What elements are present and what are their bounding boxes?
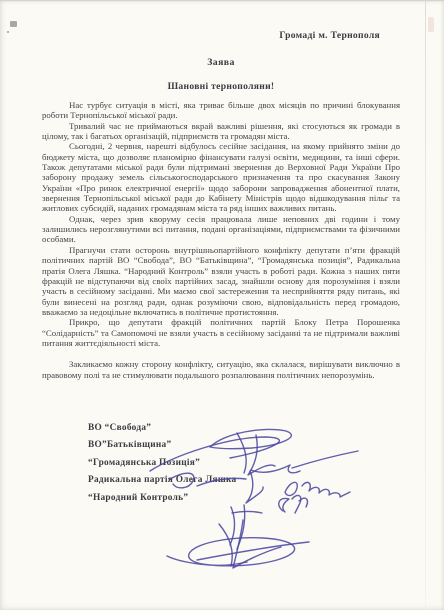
signature-ink-5 [232,512,262,514]
signature-block: ВО “Свобода” ВО”Батьківщина” “Громадянсь… [42,420,400,507]
signatory-svoboda: ВО “Свобода” [88,420,400,437]
signatory-hromadianska-pozytsiia: “Громадянська Позиція” [88,455,400,472]
scanned-letter-page: Громаді м. Тернополя Заява Шановні терно… [0,0,444,610]
paragraph-5: Прагнучи стати осторонь внутрішньопартій… [42,245,400,317]
paragraph-7: Закликаємо кожну сторону конфлікту, ситу… [42,359,400,380]
document-title: Заява [42,57,400,68]
scan-artifact-paper-edge [425,0,426,610]
signature-ink-7 [167,520,309,568]
paragraph-2: Тривалий час не приймаються вкрай важлив… [42,121,400,142]
signature-ink-6 [230,505,245,549]
scan-artifact-speck [7,31,9,33]
scan-artifact-smudge [10,21,17,27]
scan-artifact-pink-smudge [428,17,434,32]
paragraph-3: Сьогодні, 2 червня, нарешті відбулось се… [42,141,400,213]
paragraph-1: Нас турбує ситуація в місті, яка триває … [42,100,400,121]
letter-content: Громаді м. Тернополя Заява Шановні терно… [42,30,400,507]
letter-body: Нас турбує ситуація в місті, яка триває … [42,100,400,380]
signatory-batkivshchyna: ВО”Батьківщина” [88,437,400,454]
salutation-line: Шановні тернополяни! [42,81,400,92]
signatory-narodnyi-kontrol: “Народний Контроль” [88,490,400,507]
addressee-line: Громаді м. Тернополя [42,30,400,41]
paragraph-6: Прикро, що депутати фракцій політичних п… [42,317,400,348]
paragraph-4: Однак, через зрив кворуму сесія працювал… [42,214,400,245]
signatory-radykalna-partiia: Радикальна партія Олега Ляшка [88,472,400,489]
scan-artifact-top-edge [0,0,444,1]
